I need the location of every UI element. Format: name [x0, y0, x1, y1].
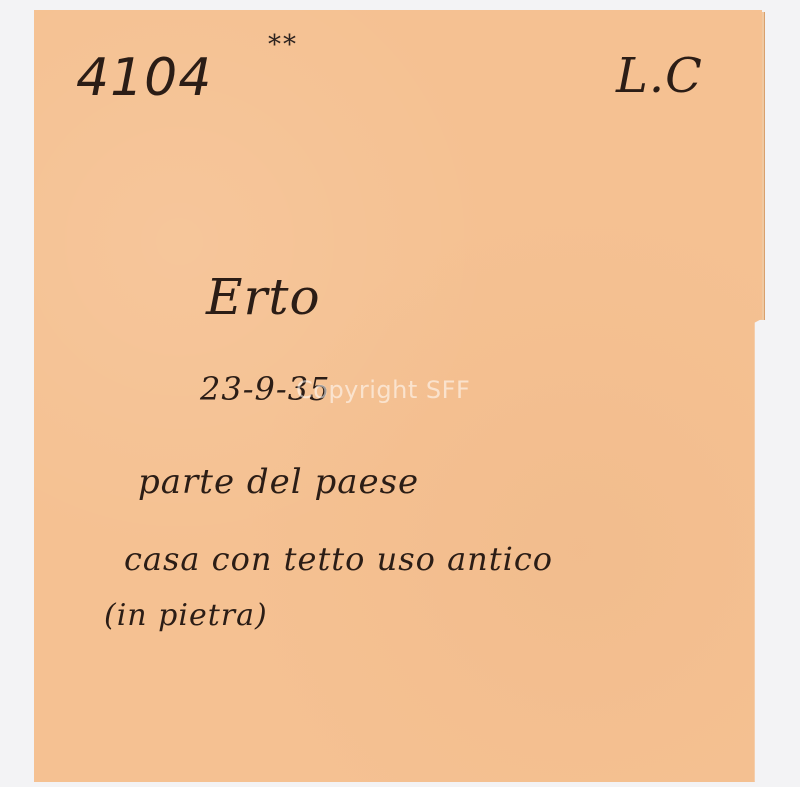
copyright-watermark: Copyright SFF [296, 376, 470, 404]
author-initials: L.C [616, 48, 703, 104]
place-name: Erto [206, 268, 321, 326]
description-line: casa con tetto uso antico [124, 540, 553, 578]
description-line: parte del paese [138, 462, 419, 502]
description-line: (in pietra) [104, 598, 268, 633]
catalog-star-marks: ** [268, 30, 298, 60]
catalog-number: 4104 [76, 48, 212, 108]
